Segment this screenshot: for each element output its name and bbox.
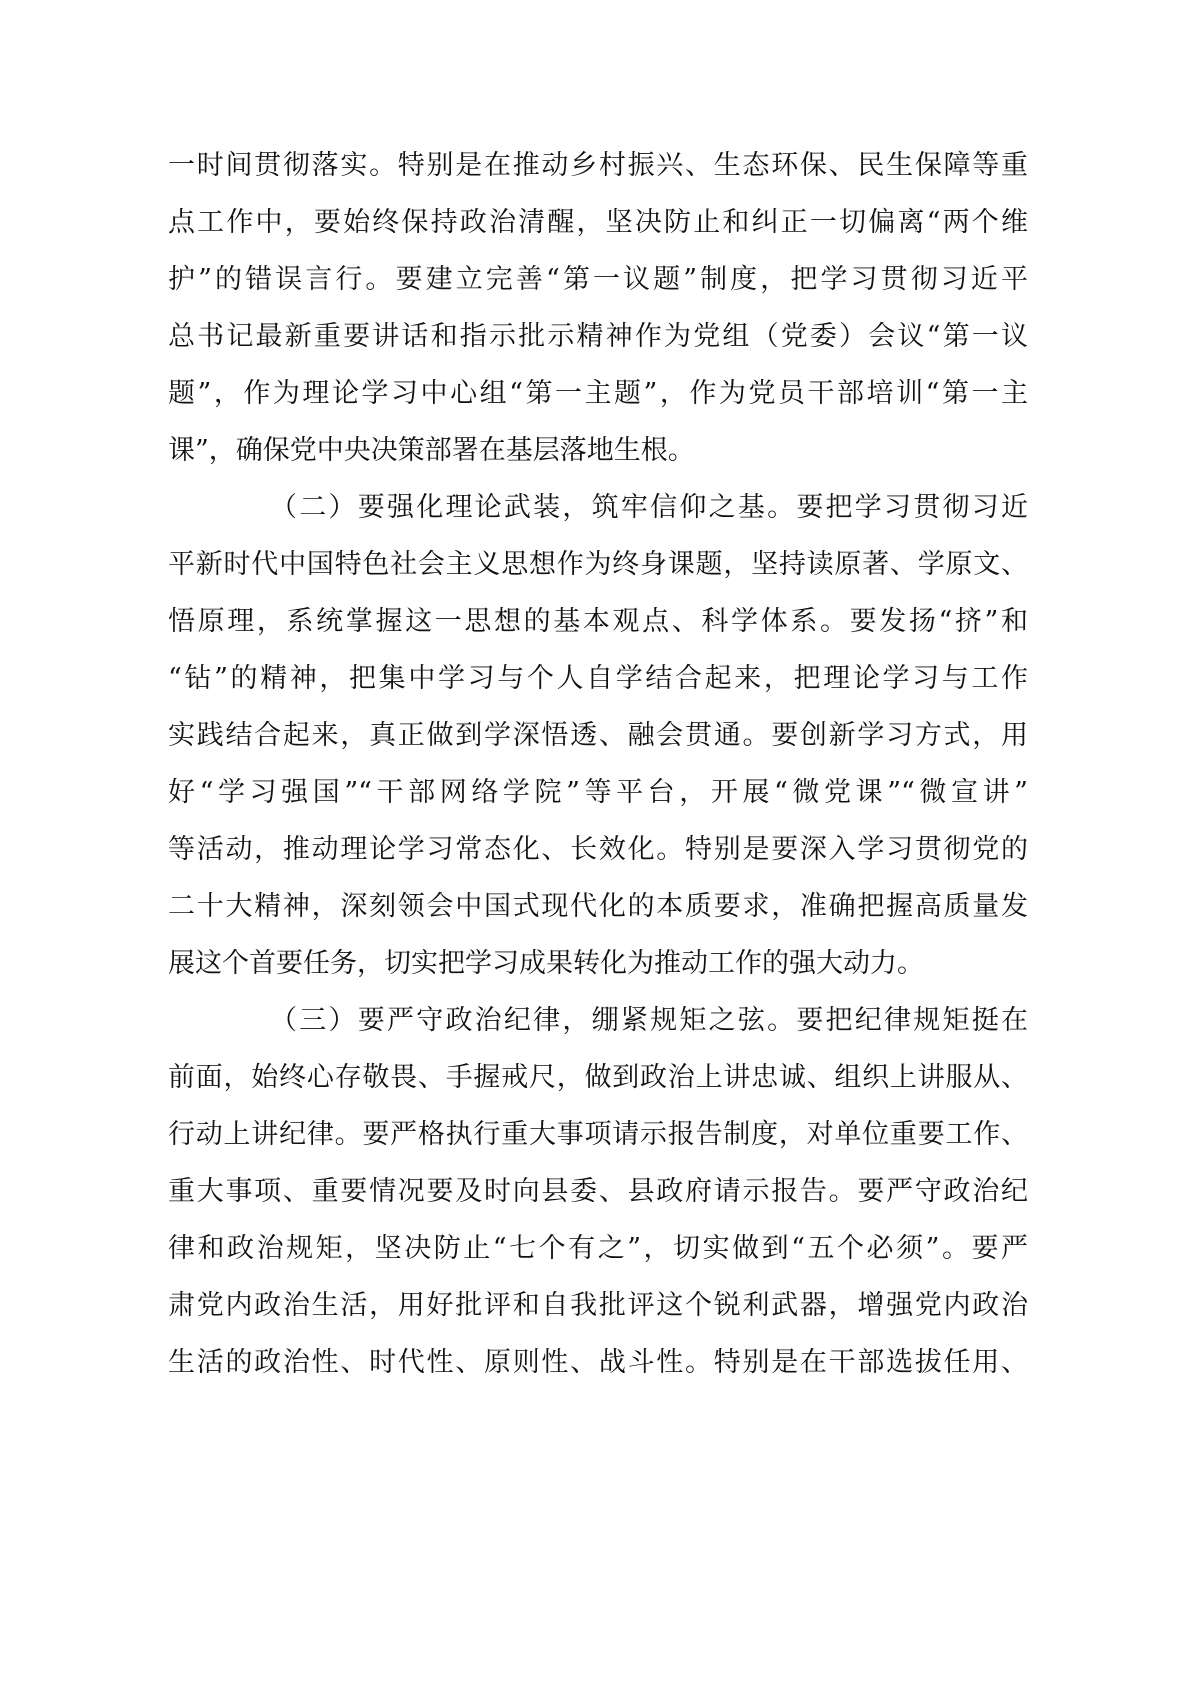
- text-line: 总书记最新重要讲话和指示批示精神作为党组（党委）会议“第一议: [168, 317, 1028, 357]
- text-line: “钻”的精神，把集中学习与个人自学结合起来，把理论学习与工作: [168, 659, 1028, 699]
- text-line: 悟原理，系统掌握这一思想的基本观点、科学体系。要发扬“挤”和: [168, 602, 1028, 642]
- paragraph-heading-line: （二）要强化理论武装，筑牢信仰之基。要把学习贯彻习近: [270, 488, 1028, 528]
- text-line: 题”，作为理论学习中心组“第一主题”，作为党员干部培训“第一主: [168, 374, 1028, 414]
- text-line: 生活的政治性、时代性、原则性、战斗性。特别是在干部选拔任用、: [168, 1343, 1028, 1383]
- text-line: 二十大精神，深刻领会中国式现代化的本质要求，准确把握高质量发: [168, 887, 1028, 927]
- text-line: 等活动，推动理论学习常态化、长效化。特别是要深入学习贯彻党的: [168, 830, 1028, 870]
- text-line: 展这个首要任务，切实把学习成果转化为推动工作的强大动力。: [168, 944, 1028, 984]
- text-line: 肃党内政治生活，用好批评和自我批评这个锐利武器，增强党内政治: [168, 1286, 1028, 1326]
- text-line: 平新时代中国特色社会主义思想作为终身课题，坚持读原著、学原文、: [168, 545, 1028, 585]
- text-line: 好“学习强国”“干部网络学院”等平台，开展“微党课”“微宣讲”: [168, 773, 1028, 813]
- text-line: 行动上讲纪律。要严格执行重大事项请示报告制度，对单位重要工作、: [168, 1115, 1028, 1155]
- text-line: 律和政治规矩，坚决防止“七个有之”，切实做到“五个必须”。要严: [168, 1229, 1028, 1269]
- text-line: 护”的错误言行。要建立完善“第一议题”制度，把学习贯彻习近平: [168, 260, 1028, 300]
- text-line: 课”，确保党中央决策部署在基层落地生根。: [168, 431, 1028, 471]
- text-line: 一时间贯彻落实。特别是在推动乡村振兴、生态环保、民生保障等重: [168, 146, 1028, 186]
- text-line: 实践结合起来，真正做到学深悟透、融会贯通。要创新学习方式，用: [168, 716, 1028, 756]
- text-line: 点工作中，要始终保持政治清醒，坚决防止和纠正一切偏离“两个维: [168, 203, 1028, 243]
- text-line: 前面，始终心存敬畏、手握戒尺，做到政治上讲忠诚、组织上讲服从、: [168, 1058, 1028, 1098]
- text-line: 重大事项、重要情况要及时向县委、县政府请示报告。要严守政治纪: [168, 1172, 1028, 1212]
- document-page: 一时间贯彻落实。特别是在推动乡村振兴、生态环保、民生保障等重点工作中，要始终保持…: [0, 0, 1190, 1683]
- paragraph-heading-line: （三）要严守政治纪律，绷紧规矩之弦。要把纪律规矩挺在: [270, 1001, 1028, 1041]
